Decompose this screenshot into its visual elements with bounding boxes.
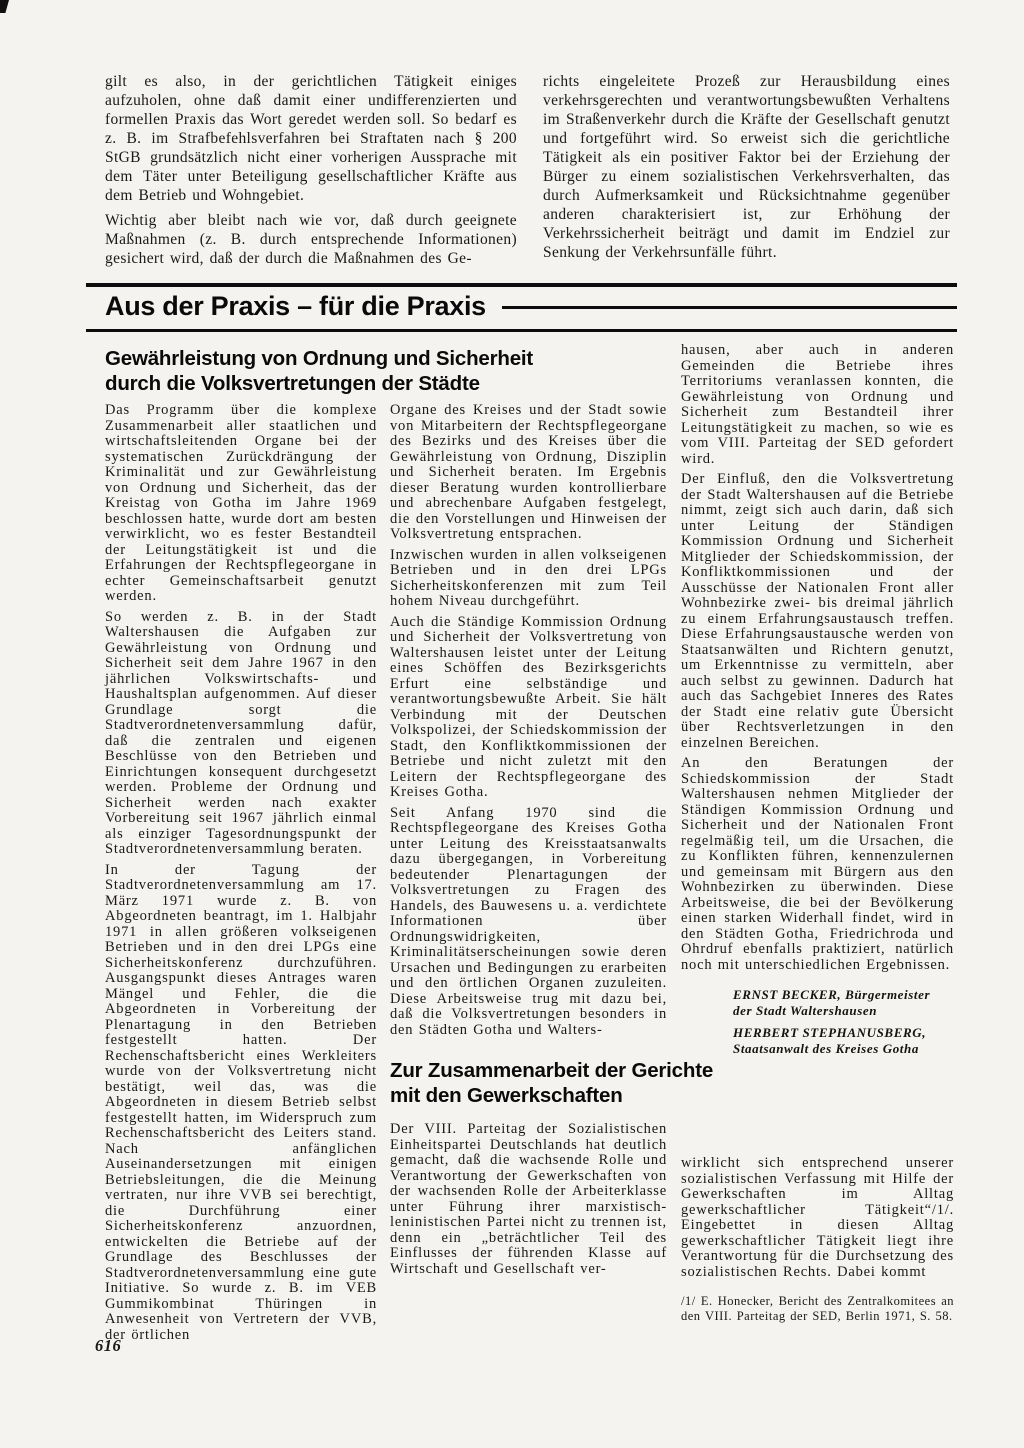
paragraph: gilt es also, in der gerichtlichen Tätig… [105,72,517,205]
paragraph: An den Beratungen der Schiedskommission … [681,756,954,973]
paragraph: Organe des Kreises und der Stadt sowie v… [390,403,667,543]
column-2-article1-text: Organe des Kreises und der Stadt sowie v… [390,403,667,1038]
column-3-article1-text: hausen, aber auch in anderen Gemeinden d… [681,343,954,973]
column-1: Das Programm über die komplexe Zusammena… [105,403,377,1348]
paragraph: Der Einfluß, den die Volksvertretung der… [681,472,954,751]
journal-page: gilt es also, in der gerichtlichen Tätig… [0,0,1024,1448]
top-left-column: gilt es also, in der gerichtlichen Tätig… [105,72,517,274]
paragraph: Auch die Ständige Kommission Ordnung und… [390,615,667,801]
page-number: 616 [95,1336,121,1356]
signature-2-name: HERBERT STEPHANUSBERG, [733,1025,954,1041]
column-2: Organe des Kreises und der Stadt sowie v… [390,403,667,1282]
paragraph: Seit Anfang 1970 sind die Rechtspflegeor… [390,806,667,1039]
signature-1-role: der Stadt Waltershausen [733,1003,954,1019]
paragraph: Das Programm über die komplexe Zusammena… [105,403,377,605]
top-right-column: richts eingeleitete Prozeß zur Herausbil… [543,72,950,274]
paragraph: wirklicht sich entsprechend unserer sozi… [681,1156,954,1280]
top-section: gilt es also, in der gerichtlichen Tätig… [105,72,950,274]
paragraph: hausen, aber auch in anderen Gemeinden d… [681,343,954,467]
column-3: hausen, aber auch in anderen Gemeinden d… [681,343,954,1324]
signature-2-role: Staatsanwalt des Kreises Gotha [733,1041,954,1057]
paragraph: Wichtig aber bleibt nach wie vor, daß du… [105,211,517,268]
paragraph: richts eingeleitete Prozeß zur Herausbil… [543,72,950,262]
rubric-title: Aus der Praxis – für die Praxis [86,291,486,322]
rubric-rule [502,306,957,309]
signature-block: ERNST BECKER, Bürgermeister der Stadt Wa… [733,987,954,1056]
rubric-band: Aus der Praxis – für die Praxis [86,283,957,332]
paragraph: Der VIII. Parteitag der Sozialistischen … [390,1122,667,1277]
signature-2: HERBERT STEPHANUSBERG, Staatsanwalt des … [733,1025,954,1056]
column-2-article2-text: Der VIII. Parteitag der Sozialistischen … [390,1122,667,1277]
article1-title: Gewährleistung von Ordnung und Sicherhei… [105,346,533,396]
paragraph: In der Tagung der Stadtverordnetenversam… [105,863,377,1344]
article2-title-line1: Zur Zusammenarbeit der Gerichte [390,1058,700,1083]
signature-1-name: ERNST BECKER, Bürgermeister [733,987,954,1003]
footnote: /1/ E. Honecker, Bericht des Zentralkomi… [681,1294,954,1324]
article1-title-line1: Gewährleistung von Ordnung und Sicherhei… [105,346,533,371]
article2-title: Zur Zusammenarbeit der Gerichte mit den … [390,1058,700,1108]
column-3-article2-text: wirklicht sich entsprechend unserer sozi… [681,1156,954,1280]
paragraph: Inzwischen wurden in allen volkseigenen … [390,548,667,610]
article2-title-line2: mit den Gewerkschaften [390,1083,700,1108]
signature-1: ERNST BECKER, Bürgermeister der Stadt Wa… [733,987,954,1018]
scan-corner-mark [0,0,9,13]
article1-title-line2: durch die Volksvertretungen der Städte [105,371,533,396]
paragraph: So werden z. B. in der Stadt Waltershaus… [105,610,377,858]
